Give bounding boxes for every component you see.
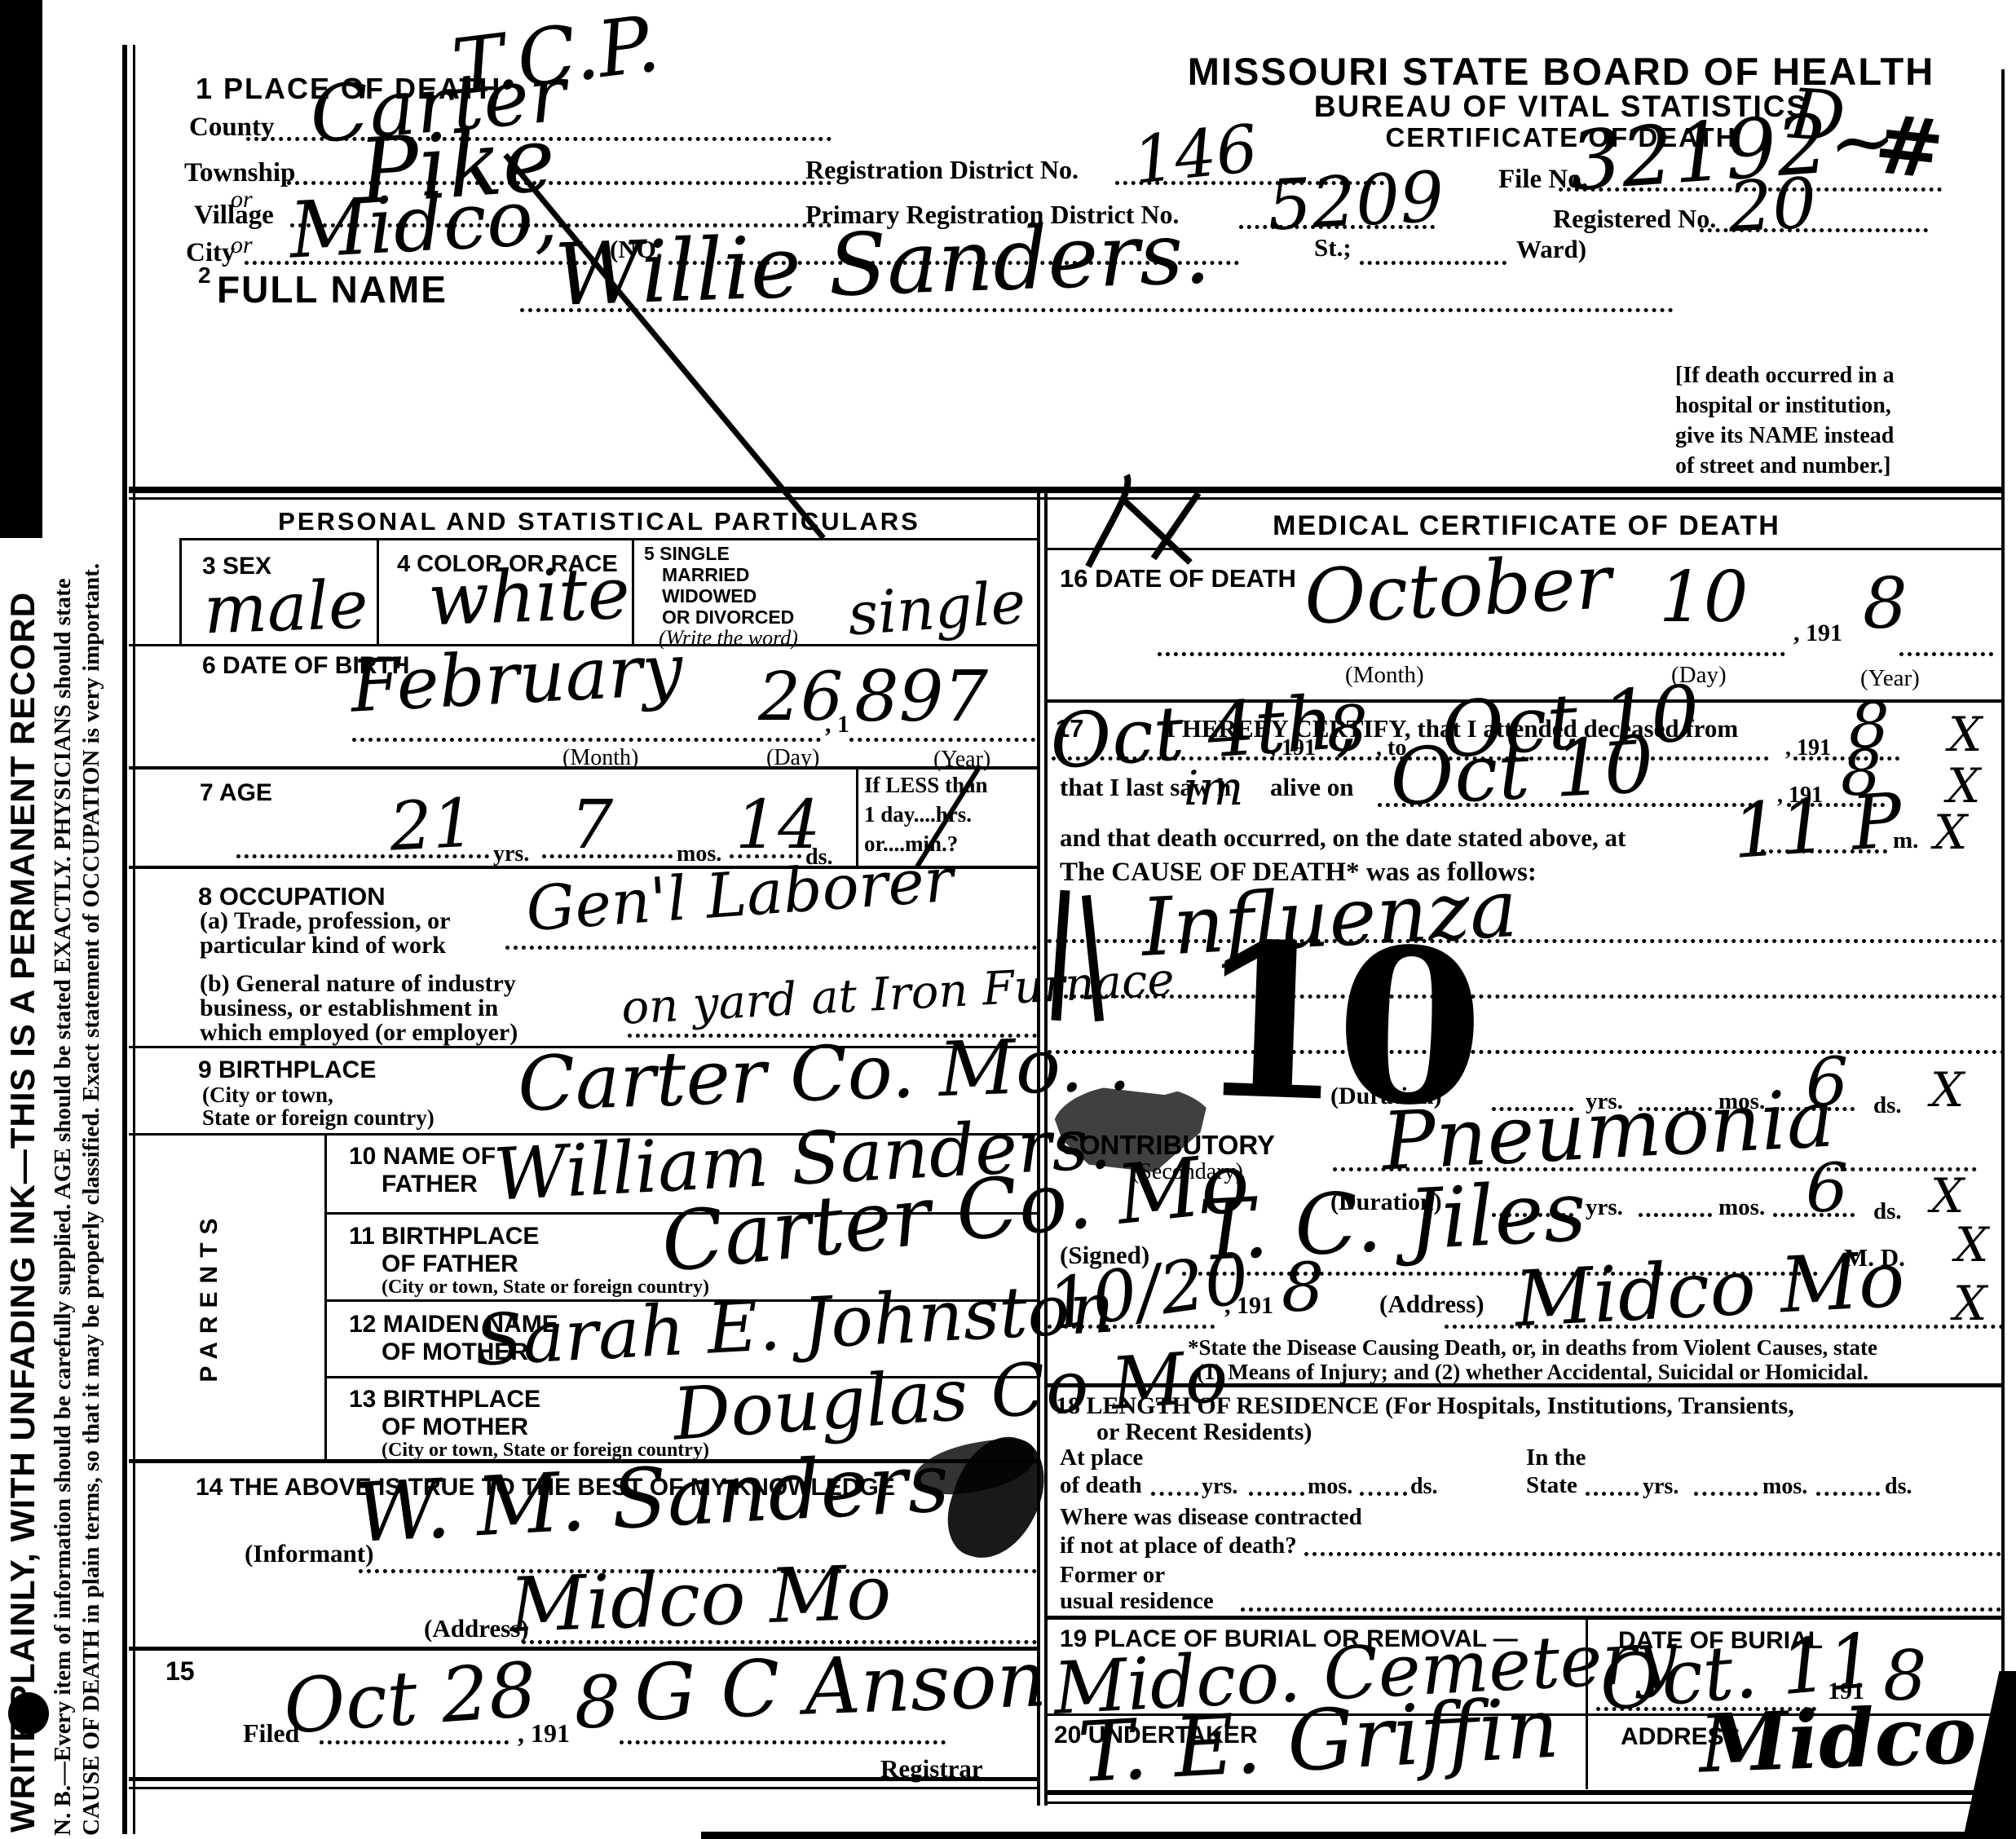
- former-rule: [1241, 1607, 2001, 1612]
- date-of-death-year-printed: , 191: [1793, 620, 1842, 647]
- residence-label-line2: or Recent Residents): [1096, 1418, 1312, 1446]
- parents-side-label: PARENTS: [196, 1137, 223, 1455]
- signed-date-rule: [1048, 1325, 1215, 1329]
- marital-label-line1: 5 SINGLE: [644, 543, 730, 565]
- dob-year-printed: , 1: [825, 711, 849, 739]
- registrar-signature: G C Anson: [633, 1641, 1048, 1733]
- attended-from-year: 8: [1327, 698, 1368, 761]
- birthplace-label: 9 BIRTHPLACE: [198, 1056, 376, 1084]
- in-the-ds: ds.: [1885, 1474, 1912, 1500]
- filed-year-printed: , 191: [518, 1718, 570, 1749]
- primary-registration-value: 5209: [1266, 162, 1445, 240]
- at-place-yrs: yrs.: [1202, 1474, 1237, 1500]
- contrib-duration-x: X: [1930, 1172, 1964, 1219]
- personal-bottom-heavy: [129, 1777, 1037, 1781]
- cause-rule2: [1048, 994, 2005, 999]
- village-label: Village: [194, 201, 274, 231]
- cause-footnote-line1: *State the Disease Causing Death, or, in…: [1068, 1335, 1997, 1361]
- signed-year-value: 8: [1282, 1255, 1324, 1322]
- registered-no-label: Registered No.: [1553, 204, 1716, 234]
- hospital-note-line2: hospital or institution,: [1675, 390, 1944, 421]
- death-certificate-scan: WRITE PLAINLY, WITH UNFADING INK—THIS IS…: [0, 0, 2016, 1839]
- in-the-label2: State: [1526, 1472, 1577, 1499]
- left-border-outer: [122, 45, 127, 1834]
- father-name-label2: FATHER: [382, 1171, 478, 1198]
- marital-label-line2: MARRIED: [662, 564, 749, 586]
- file-no-suffix: D: [1787, 80, 1847, 153]
- hospital-note: [If death occurred in a hospital or inst…: [1675, 360, 1944, 481]
- contributory-label: CONTRIBUTORY: [1060, 1130, 1275, 1161]
- registrar-rule: [620, 1740, 946, 1744]
- date-of-death-month: October: [1303, 545, 1613, 636]
- undertaker-address-value: Midco Mo: [1698, 1689, 2016, 1784]
- last-saw-him: im: [1184, 765, 1244, 812]
- age-yrs-label: yrs.: [493, 841, 529, 867]
- margin-nb-line2: CAUSE OF DEATH in plain terms, so that i…: [77, 46, 106, 1836]
- contracted-label1: Where was disease contracted: [1060, 1504, 1362, 1531]
- birthplace-label3: State or foreign country): [202, 1105, 435, 1131]
- date-of-death-year: 8: [1863, 569, 1908, 639]
- age-rule-2: [542, 854, 673, 858]
- race-value: white: [427, 558, 632, 637]
- residence-label-line1: 18 LENGTH OF RESIDENCE (For Hospitals, I…: [1056, 1392, 1794, 1420]
- fullname-label: FULL NAME: [217, 267, 448, 311]
- cause-duration-x: X: [1930, 1066, 1964, 1114]
- fullname-number: 2: [198, 262, 211, 289]
- sex-race-divider: [377, 538, 379, 644]
- mother-birthplace-label1: 13 BIRTHPLACE: [349, 1386, 540, 1413]
- file-no-hash-mark: #: [1871, 103, 1948, 191]
- personal-box-left-rule: [179, 538, 182, 644]
- death-time-x-mark: X: [1934, 809, 1967, 856]
- registration-district-label: Registration District No.: [805, 155, 1079, 185]
- last-saw-x-mark: X: [1947, 762, 1980, 809]
- occupation-b-label2: business, or establishment in: [200, 994, 498, 1022]
- physician-address-rule: [1445, 1325, 2004, 1329]
- hospital-note-line3: give its NAME instead: [1675, 421, 1944, 451]
- section-divider-thin: [129, 497, 2004, 500]
- marital-label-line4: OR DIVORCED: [662, 606, 794, 628]
- fullname-rule: [520, 308, 1674, 312]
- father-birthplace-label1: 11 BIRTHPLACE: [349, 1223, 539, 1250]
- contrib-duration-value: 6: [1806, 1156, 1848, 1223]
- dob-year-value: 897: [854, 662, 988, 732]
- race-marital-divider: [632, 538, 634, 644]
- personal-box-top-rule: [179, 538, 1037, 540]
- date-of-death-rule1: [1158, 652, 1785, 656]
- at-place-label1: At place: [1060, 1444, 1143, 1471]
- at-place-ds: ds.: [1410, 1474, 1437, 1500]
- age-rule-1: [236, 854, 489, 858]
- pen-slash-line: [505, 155, 823, 538]
- at-place-rule3: [1360, 1492, 1407, 1496]
- hospital-note-line1: [If death occurred in a: [1675, 360, 1944, 390]
- left-border-inner: [133, 45, 135, 1834]
- sex-value: male: [203, 572, 369, 645]
- hospital-note-line4: of street and number.]: [1675, 451, 1944, 481]
- footnote-bottom-rule: [1048, 1383, 2004, 1387]
- death-time-m-label: m.: [1893, 827, 1918, 854]
- date-of-death-label: 16 DATE OF DEATH: [1060, 564, 1296, 593]
- physician-address-label: (Address): [1379, 1290, 1484, 1319]
- in-the-rule1: [1586, 1492, 1639, 1496]
- st-rule: [1360, 261, 1506, 265]
- margin-nb-line1: N. B.—Every item of information should b…: [49, 46, 77, 1836]
- age-months-value: 7: [571, 792, 613, 859]
- date-of-death-day: 10: [1659, 562, 1748, 633]
- dod-year-label: (Year): [1860, 665, 1920, 692]
- occupation-a-label2: particular kind of work: [200, 932, 446, 959]
- margin-nb-note: N. B.—Every item of information should b…: [49, 46, 106, 1836]
- medical-title: MEDICAL CERTIFICATE OF DEATH: [1048, 510, 2005, 542]
- signed-x-mark: X: [1955, 1221, 1988, 1268]
- parents-box-divider: [324, 1133, 327, 1459]
- contrib-duration-rule2: [1639, 1213, 1712, 1217]
- fullname-value: Willie Sanders.: [553, 210, 1211, 319]
- occupation-b-label3: which employed (or employer): [200, 1019, 518, 1047]
- burial-column-divider: [1586, 1616, 1588, 1789]
- ward-label: Ward): [1516, 235, 1586, 264]
- informant-address-value: Midco Mo: [509, 1555, 893, 1643]
- attended-x-mark: X: [1948, 711, 1982, 758]
- dod-month-label: (Month): [1345, 662, 1424, 689]
- death-time-value: 11 P: [1730, 783, 1904, 870]
- at-place-label2: of death: [1060, 1472, 1142, 1499]
- last-saw-post: alive on: [1270, 773, 1353, 802]
- cause-rule1: [1048, 939, 2005, 943]
- scan-bottom-strip: [701, 1832, 2016, 1839]
- township-label: Township: [184, 158, 295, 188]
- age-label: 7 AGE: [200, 779, 272, 807]
- contrib-duration-ds: ds.: [1873, 1198, 1902, 1225]
- occupation-a-rule: [505, 946, 1037, 950]
- last-saw-rule1: [1378, 803, 1761, 807]
- filed-year-value: 8: [575, 1667, 620, 1739]
- margin-warning-text: WRITE PLAINLY, WITH UNFADING INK—THIS IS…: [3, 528, 42, 1832]
- marital-label-line3: WIDOWED: [662, 585, 757, 607]
- filed-number: 15: [165, 1656, 195, 1687]
- medical-bottom-thin: [1048, 1802, 2004, 1804]
- in-the-rule3: [1816, 1492, 1880, 1496]
- in-the-rule2: [1694, 1492, 1758, 1496]
- death-occurred-text: and that death occurred, on the date sta…: [1060, 823, 1626, 853]
- scan-edge-bar: [0, 0, 42, 538]
- occupation-a-label1: (a) Trade, profession, or: [200, 907, 451, 935]
- marital-value: single: [846, 572, 1028, 643]
- dob-month-value: February: [349, 633, 685, 722]
- right-border: [2001, 69, 2005, 1793]
- dob-year-rule: [849, 738, 1035, 742]
- birthplace-label2: (City or town,: [202, 1083, 333, 1108]
- dob-month-rule: [352, 738, 821, 742]
- contracted-rule: [1304, 1552, 2001, 1556]
- in-the-mos: mos.: [1762, 1474, 1807, 1500]
- cause-duration-ds: ds.: [1873, 1092, 1902, 1119]
- former-label1: Former or: [1060, 1562, 1165, 1589]
- age-years-value: 21: [388, 790, 476, 861]
- contrib-duration-yrs: yrs.: [1586, 1194, 1623, 1221]
- former-label2: usual residence: [1060, 1588, 1214, 1615]
- medical-bottom-heavy: [1048, 1790, 2004, 1795]
- informant-label: (Informant): [245, 1539, 373, 1568]
- address-x-mark: X: [1953, 1280, 1987, 1327]
- date-of-death-rule2: [1899, 652, 1993, 656]
- signed-year-printed: , 191: [1224, 1292, 1273, 1320]
- cause-footnote-line2: (1) Means of Injury; and (2) whether Acc…: [1068, 1360, 1997, 1385]
- contrib-duration-mos: mos.: [1718, 1194, 1765, 1221]
- filed-rule: [320, 1740, 509, 1744]
- undertaker-signature: T. E. Griffin: [1076, 1687, 1561, 1796]
- registered-no-rule: [1700, 228, 1928, 232]
- occupation-b-label1: (b) General nature of industry: [200, 970, 516, 998]
- filed-date-value: Oct 28: [281, 1652, 539, 1744]
- personal-title: PERSONAL AND STATISTICAL PARTICULARS: [187, 507, 1011, 536]
- at-place-rule2: [1249, 1492, 1304, 1496]
- in-the-label1: In the: [1526, 1444, 1586, 1471]
- at-place-mos: mos.: [1308, 1474, 1352, 1500]
- section-divider-heavy: [129, 487, 2004, 493]
- at-place-rule1: [1151, 1492, 1198, 1496]
- in-the-yrs: yrs.: [1643, 1474, 1679, 1500]
- contracted-label2: if not at place of death?: [1060, 1532, 1297, 1559]
- primary-registration-rule: [1239, 225, 1435, 229]
- personal-bottom-thin: [129, 1787, 1037, 1789]
- cause-rule3: [1048, 1050, 2005, 1054]
- death-time-rule: [1753, 849, 1887, 853]
- mother-birthplace-label2: OF MOTHER: [382, 1413, 528, 1441]
- father-name-label1: 10 NAME OF: [349, 1143, 496, 1171]
- father-birthplace-label2: OF FATHER: [382, 1250, 518, 1278]
